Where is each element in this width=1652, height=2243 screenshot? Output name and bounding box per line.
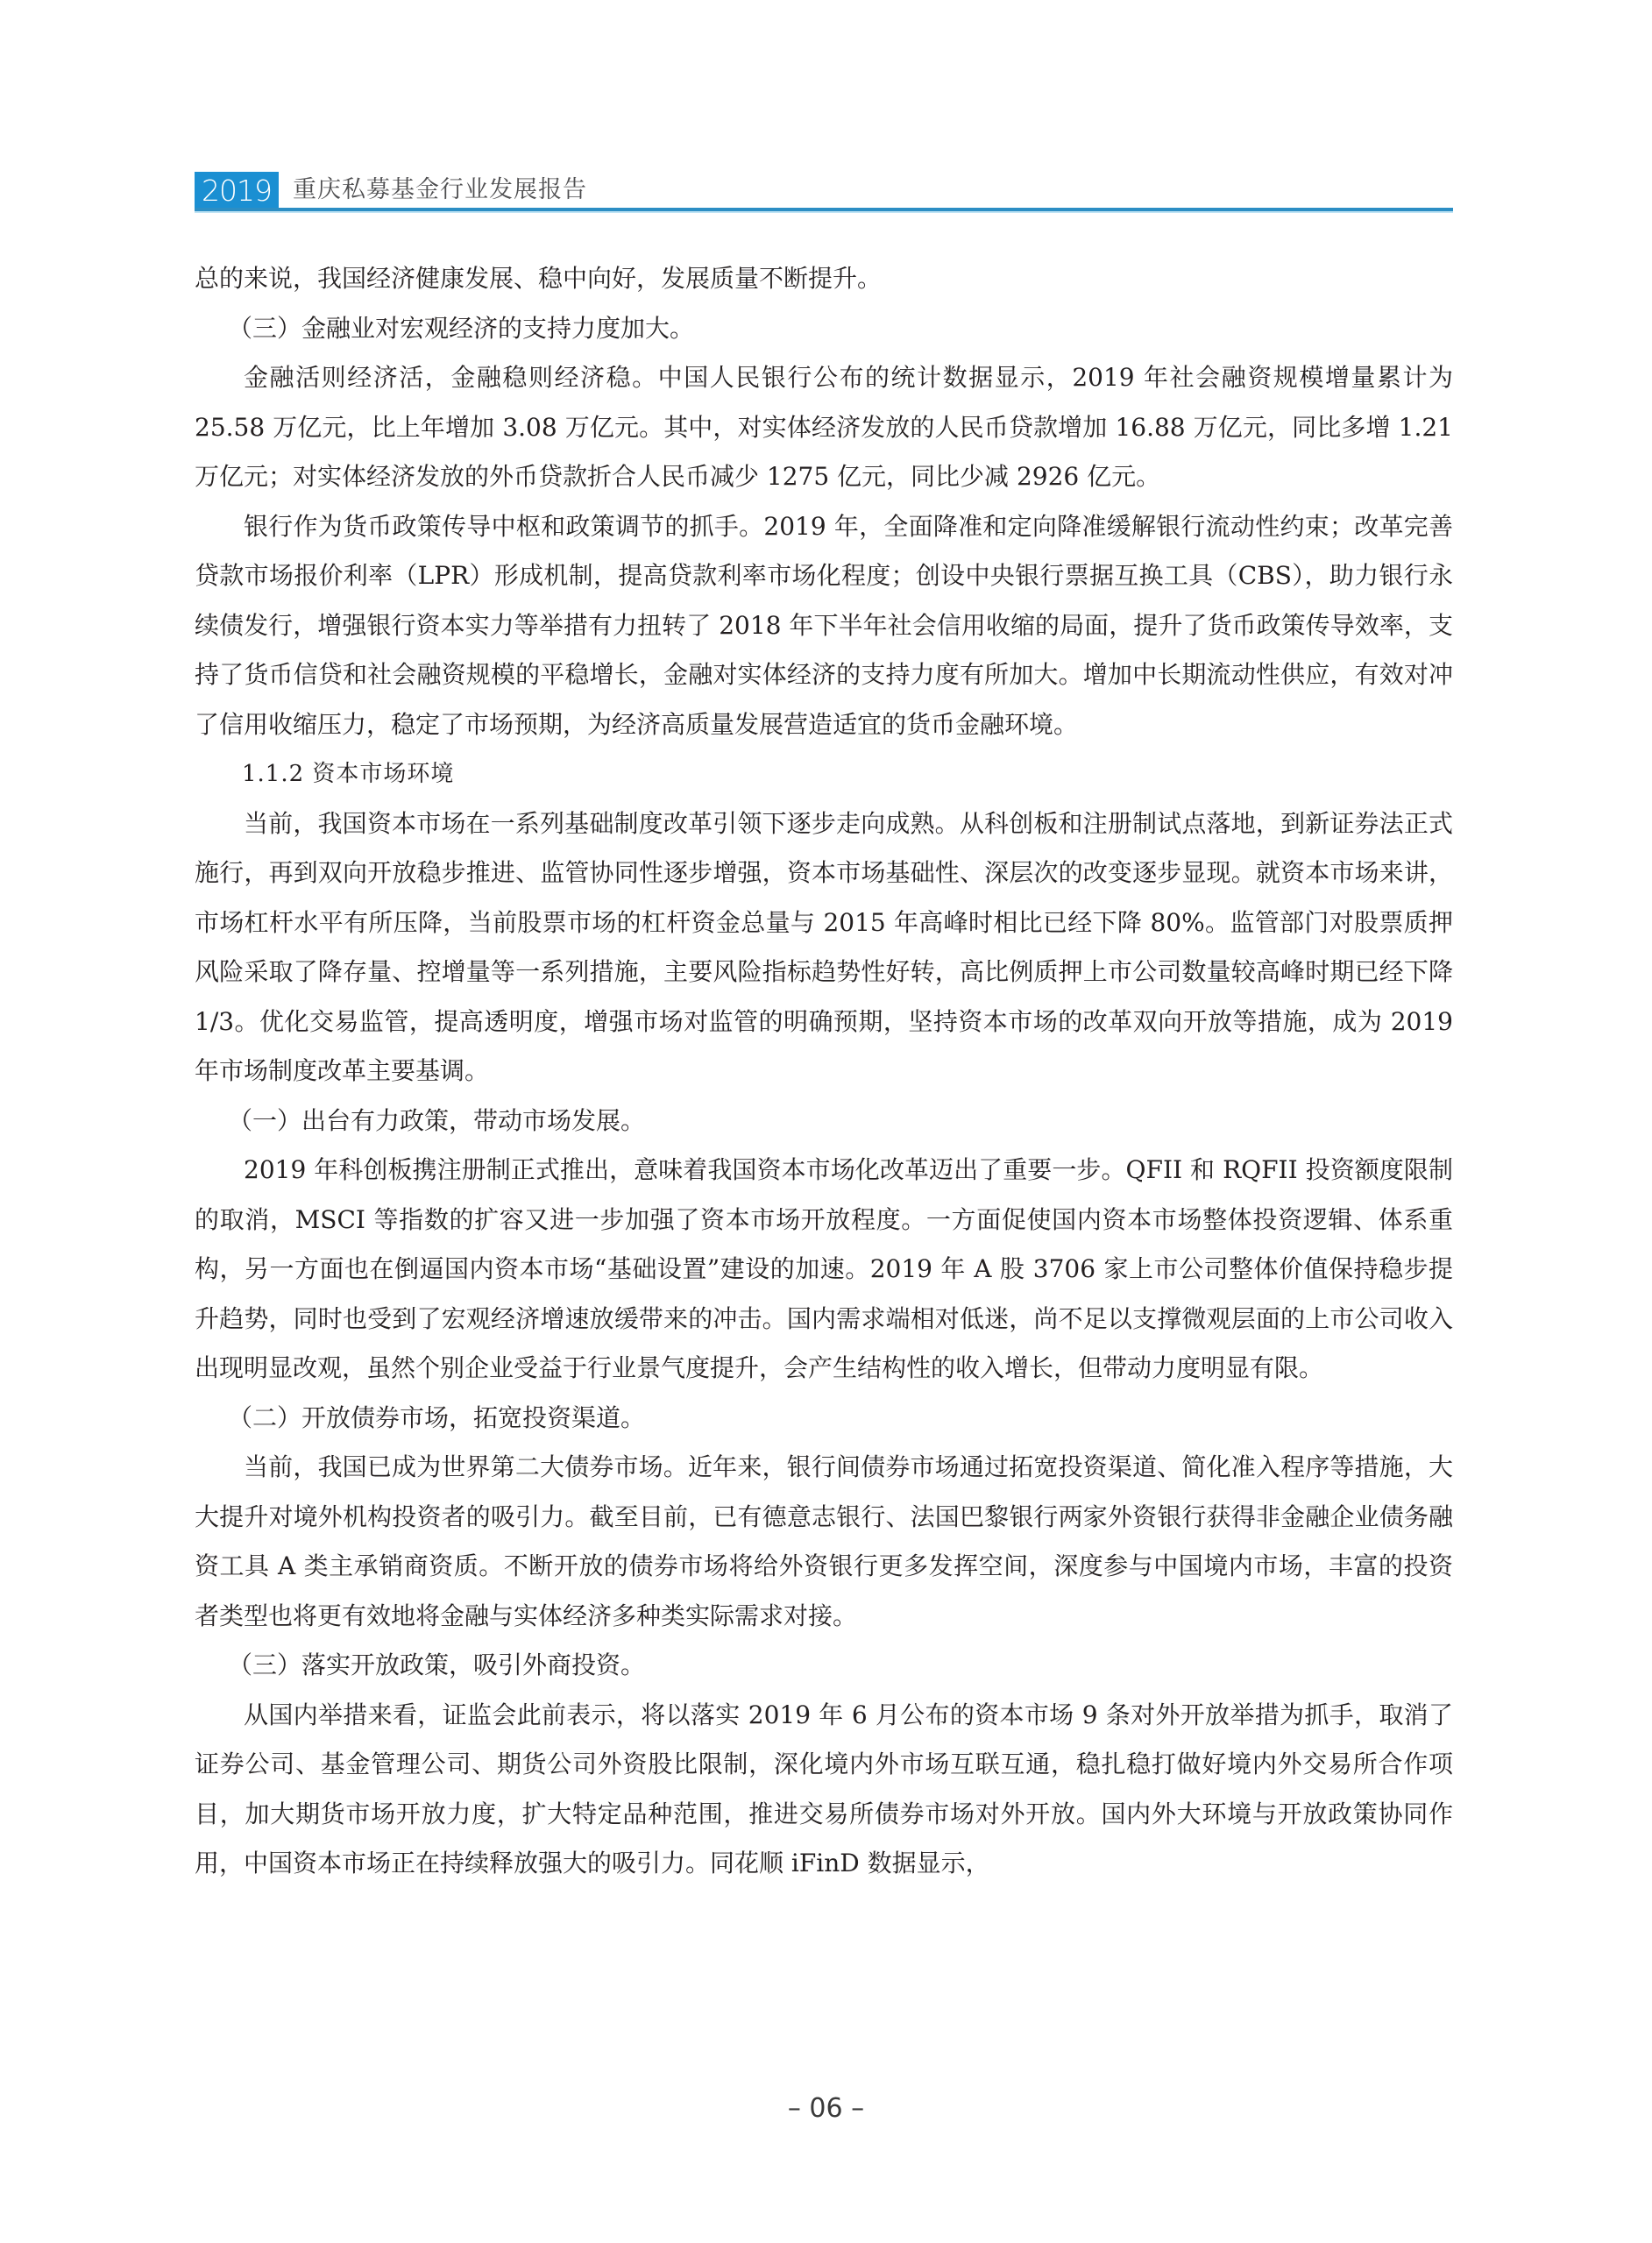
page-number: – 06 – bbox=[0, 2093, 1652, 2124]
year-badge: 2019 bbox=[195, 172, 279, 210]
running-header: 2019 重庆私募基金行业发展报告 bbox=[195, 172, 1453, 210]
header-divider-shadow bbox=[195, 211, 1453, 213]
page-body: 总的来说，我国经济健康发展、稳中向好，发展质量不断提升。 （三）金融业对宏观经济… bbox=[195, 254, 1453, 1889]
subheading-policy: （一）出台有力政策，带动市场发展。 bbox=[195, 1097, 1453, 1146]
paragraph-star-market: 2019 年科创板携注册制正式推出，意味着我国资本市场化改革迈出了重要一步。QF… bbox=[195, 1146, 1453, 1394]
section-heading-capital-market: 1.1.2 资本市场环境 bbox=[195, 749, 1453, 799]
report-title: 重庆私募基金行业发展报告 bbox=[293, 174, 587, 206]
subheading-financial-support: （三）金融业对宏观经济的支持力度加大。 bbox=[195, 304, 1453, 354]
paragraph-social-financing: 金融活则经济活，金融稳则经济稳。中国人民银行公布的统计数据显示，2019 年社会… bbox=[195, 353, 1453, 502]
paragraph-summary: 总的来说，我国经济健康发展、稳中向好，发展质量不断提升。 bbox=[195, 254, 1453, 304]
paragraph-monetary-policy: 银行作为货币政策传导中枢和政策调节的抓手。2019 年，全面降准和定向降准缓解银… bbox=[195, 502, 1453, 750]
paragraph-opening-measures: 从国内举措来看，证监会此前表示，将以落实 2019 年 6 月公布的资本市场 9… bbox=[195, 1691, 1453, 1889]
paragraph-bond-market: 当前，我国已成为世界第二大债券市场。近年来，银行间债券市场通过拓宽投资渠道、简化… bbox=[195, 1443, 1453, 1641]
subheading-bond-market: （二）开放债券市场，拓宽投资渠道。 bbox=[195, 1394, 1453, 1444]
paragraph-capital-market-reform: 当前，我国资本市场在一系列基础制度改革引领下逐步走向成熟。从科创板和注册制试点落… bbox=[195, 799, 1453, 1097]
subheading-foreign-investment: （三）落实开放政策，吸引外商投资。 bbox=[195, 1641, 1453, 1691]
